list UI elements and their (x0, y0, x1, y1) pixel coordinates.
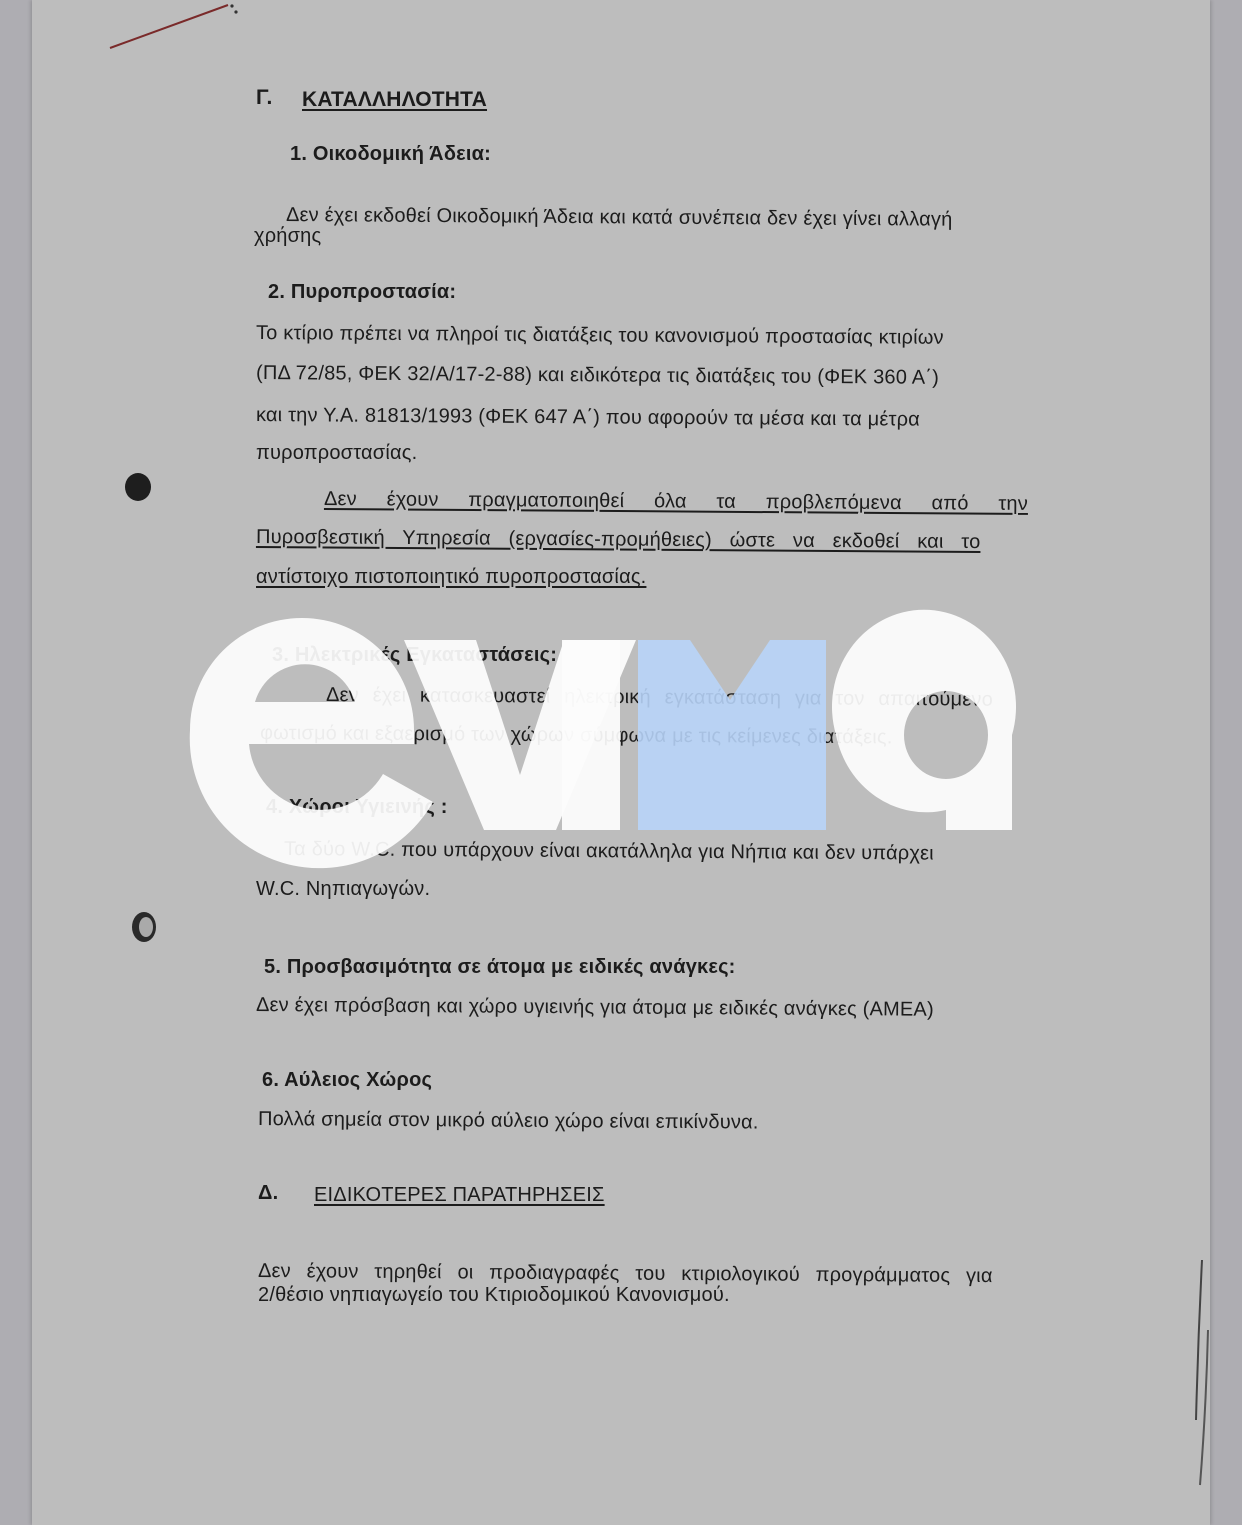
item-4-text-line1: Τα δύο W.C. που υπάρχουν είναι ακατάλληλ… (284, 838, 934, 866)
punch-hole-bottom (130, 910, 160, 944)
item-2-note-line1: Δεν έχουν πραγματοποιηθεί όλα τα προβλεπ… (324, 488, 1028, 516)
item-5-text: Δεν έχει πρόσβαση και χώρο υγιεινής για … (256, 994, 934, 1022)
punch-hole-top (124, 472, 154, 502)
item-1-text-line1: Δεν έχει εκδοθεί Οικοδομική Άδεια και κα… (286, 204, 953, 232)
item-4-heading: 4. Χώροι Υγιεινής : (266, 796, 448, 819)
item-2-note-line3: αντίστοιχο πιστοποιητικό πυροπροστασίας. (256, 566, 646, 589)
item-2-text-line3: και την Υ.Α. 81813/1993 (ΦΕΚ 647 Α΄) που… (256, 404, 920, 432)
section-d-text-line2: 2/θέσιο νηπιαγωγείο του Κτιριοδομικού Κα… (258, 1284, 730, 1307)
item-2-note-line2: Πυροσβεστική Υπηρεσία (εργασίες-προμήθει… (256, 526, 981, 554)
item-6-heading: 6. Αύλειος Χώρος (262, 1069, 432, 1092)
item-2-text-line4: πυροπροστασίας. (256, 442, 417, 465)
section-d-title: ΕΙΔΙΚΟΤΕΡΕΣ ΠΑΡΑΤΗΡΗΣΕΙΣ (314, 1184, 605, 1207)
item-4-text-line2: W.C. Νηπιαγωγών. (256, 878, 430, 901)
item-2-heading: 2. Πυροπροστασία: (268, 281, 456, 304)
pen-stroke-mark (108, 0, 248, 55)
item-2-text-line2: (ΠΔ 72/85, ΦΕΚ 32/Α/17-2-88) και ειδικότ… (256, 362, 939, 390)
item-2-text-line1: Το κτίριο πρέπει να πληροί τις διατάξεις… (256, 322, 944, 350)
item-1-text-line2: χρήσης (254, 225, 321, 248)
section-d-letter: Δ. (258, 1182, 278, 1205)
item-3-heading: 3. Ηλεκτρικές Εγκαταστάσεις: (272, 644, 557, 667)
section-c-title: ΚΑΤΑΛΛΗΛΟΤΗΤΑ (302, 88, 487, 112)
section-c-letter: Γ. (256, 86, 273, 110)
scanned-page: Γ. ΚΑΤΑΛΛΗΛΟΤΗΤΑ 1. Οικοδομική Άδεια: Δε… (32, 0, 1210, 1525)
item-6-text: Πολλά σημεία στον μικρό αύλειο χώρο είνα… (258, 1108, 759, 1134)
item-3-text-line2: φωτισμό και εξαερισμό των χώρων σύμφωνα … (260, 722, 893, 749)
item-3-text-line1: Δεν έχει κατασκευαστεί ηλεκτρική εγκατάσ… (326, 684, 993, 712)
item-5-heading: 5. Προσβασιμότητα σε άτομα με ειδικές αν… (264, 956, 736, 979)
margin-pen-line (1184, 1240, 1214, 1490)
item-1-heading: 1. Οικοδομική Άδεια: (290, 143, 491, 166)
